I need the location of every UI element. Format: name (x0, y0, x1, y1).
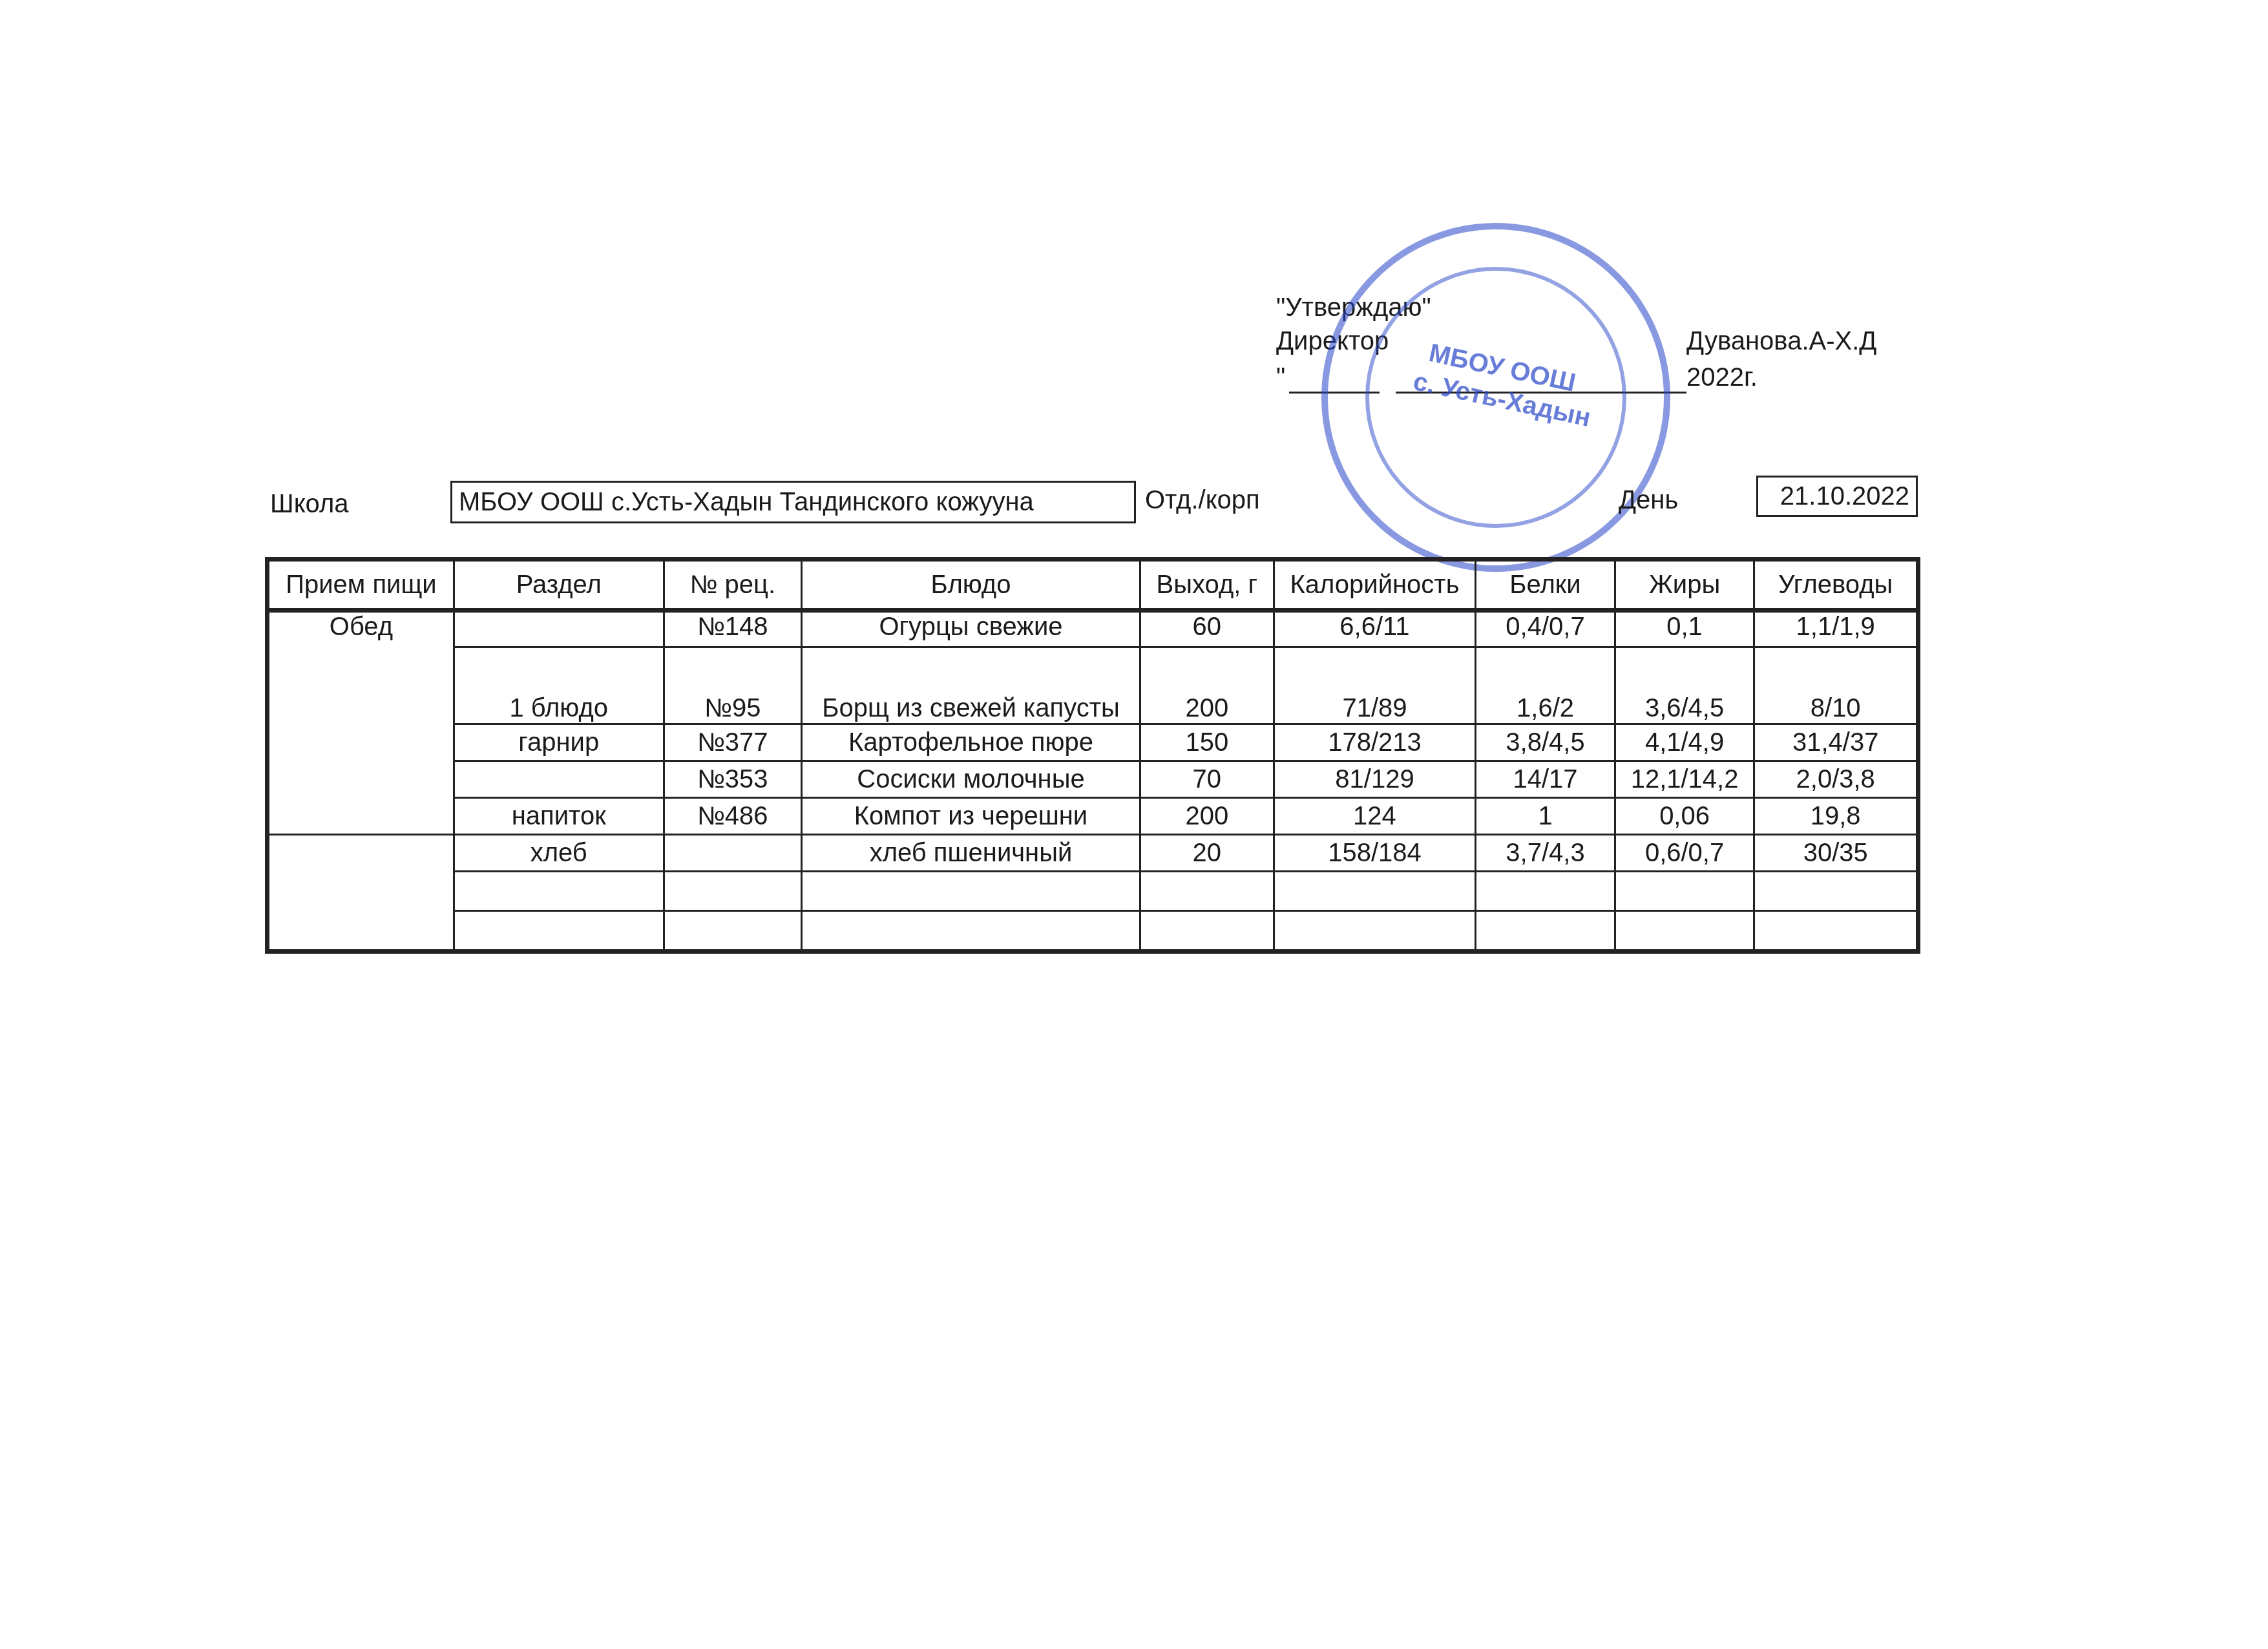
empty-cell (1274, 872, 1476, 911)
fat-cell: 0,1 (1615, 611, 1754, 647)
dish-cell: хлеб пшеничный (801, 835, 1140, 872)
protein-cell: 0,4/0,7 (1476, 611, 1615, 647)
dish-cell: Огурцы свежие (801, 611, 1140, 647)
carbs-cell: 31,4/37 (1754, 724, 1918, 761)
calories-cell: 124 (1274, 798, 1476, 835)
fat-cell: 0,6/0,7 (1615, 835, 1754, 872)
protein-cell: 3,8/4,5 (1476, 724, 1615, 761)
empty-cell (664, 911, 801, 952)
meal-cell (268, 835, 454, 952)
school-name-field: МБОУ ООШ с.Усть-Хадын Тандинского кожуун… (450, 481, 1136, 523)
empty-cell (1476, 911, 1615, 952)
fat-cell: 3,6/4,5 (1615, 647, 1754, 724)
recipe-cell (664, 835, 801, 872)
empty-cell (1140, 911, 1274, 952)
fat-cell: 0,06 (1615, 798, 1754, 835)
director-name: Дуванова.А-Х.Д (1686, 327, 1876, 356)
protein-cell: 1 (1476, 798, 1615, 835)
protein-cell: 3,7/4,3 (1476, 835, 1615, 872)
col-yield: Выход, г (1140, 560, 1274, 611)
yield-cell: 200 (1140, 798, 1274, 835)
recipe-cell: №486 (664, 798, 801, 835)
table-header-row: Прием пищи Раздел № рец. Блюдо Выход, г … (268, 560, 1918, 611)
section-cell (454, 761, 664, 798)
dish-cell: Картофельное пюре (801, 724, 1140, 761)
table-row: №353 Сосиски молочные 70 81/129 14/17 12… (268, 761, 1918, 798)
recipe-cell: №148 (664, 611, 801, 647)
col-protein: Белки (1476, 560, 1615, 611)
fat-cell: 12,1/14,2 (1615, 761, 1754, 798)
fat-cell: 4,1/4,9 (1615, 724, 1754, 761)
yield-cell: 200 (1140, 647, 1274, 724)
carbs-cell: 8/10 (1754, 647, 1918, 724)
day-label: День (1619, 486, 1678, 515)
empty-cell (1754, 911, 1918, 952)
section-cell: гарнир (454, 724, 664, 761)
yield-cell: 150 (1140, 724, 1274, 761)
col-recipe: № рец. (664, 560, 801, 611)
section-cell: хлеб (454, 835, 664, 872)
empty-row (268, 911, 1918, 952)
table-row: Обед №148 Огурцы свежие 60 6,6/11 0,4/0,… (268, 611, 1918, 647)
date-field: 21.10.2022 (1756, 476, 1918, 517)
empty-cell (454, 872, 664, 911)
date-quote: " (1276, 363, 1285, 392)
calories-cell: 6,6/11 (1274, 611, 1476, 647)
yield-cell: 20 (1140, 835, 1274, 872)
empty-cell (1754, 872, 1918, 911)
dish-cell: Сосиски молочные (801, 761, 1140, 798)
carbs-cell: 1,1/1,9 (1754, 611, 1918, 647)
col-section: Раздел (454, 560, 664, 611)
empty-cell (1615, 872, 1754, 911)
approval-year: 2022г. (1686, 363, 1758, 392)
col-dish: Блюдо (801, 560, 1140, 611)
col-carbs: Углеводы (1754, 560, 1918, 611)
protein-cell: 1,6/2 (1476, 647, 1615, 724)
carbs-cell: 19,8 (1754, 798, 1918, 835)
empty-cell (454, 911, 664, 952)
department-label: Отд./корп (1145, 486, 1260, 515)
empty-row (268, 872, 1918, 911)
empty-cell (1615, 911, 1754, 952)
school-label: Школа (270, 490, 349, 519)
calories-cell: 158/184 (1274, 835, 1476, 872)
calories-cell: 71/89 (1274, 647, 1476, 724)
meal-cell: Обед (268, 611, 454, 835)
calories-cell: 81/129 (1274, 761, 1476, 798)
section-cell: напиток (454, 798, 664, 835)
empty-cell (801, 911, 1140, 952)
menu-table: Прием пищи Раздел № рец. Блюдо Выход, г … (265, 557, 1920, 954)
col-fat: Жиры (1615, 560, 1754, 611)
empty-cell (1274, 911, 1476, 952)
table-row: гарнир №377 Картофельное пюре 150 178/21… (268, 724, 1918, 761)
yield-cell: 60 (1140, 611, 1274, 647)
carbs-cell: 2,0/3,8 (1754, 761, 1918, 798)
calories-cell: 178/213 (1274, 724, 1476, 761)
col-calories: Калорийность (1274, 560, 1476, 611)
table-row: хлеб хлеб пшеничный 20 158/184 3,7/4,3 0… (268, 835, 1918, 872)
recipe-cell: №353 (664, 761, 801, 798)
recipe-cell: №377 (664, 724, 801, 761)
empty-cell (801, 872, 1140, 911)
carbs-cell: 30/35 (1754, 835, 1918, 872)
table-row: 1 блюдо №95 Борщ из свежей капусты 200 7… (268, 647, 1918, 724)
empty-cell (664, 872, 801, 911)
protein-cell: 14/17 (1476, 761, 1615, 798)
recipe-cell: №95 (664, 647, 801, 724)
yield-cell: 70 (1140, 761, 1274, 798)
section-cell: 1 блюдо (454, 647, 664, 724)
dish-cell: Борщ из свежей капусты (801, 647, 1140, 724)
col-meal: Прием пищи (268, 560, 454, 611)
section-cell (454, 611, 664, 647)
empty-cell (1476, 872, 1615, 911)
dish-cell: Компот из черешни (801, 798, 1140, 835)
table-row: напиток №486 Компот из черешни 200 124 1… (268, 798, 1918, 835)
empty-cell (1140, 872, 1274, 911)
